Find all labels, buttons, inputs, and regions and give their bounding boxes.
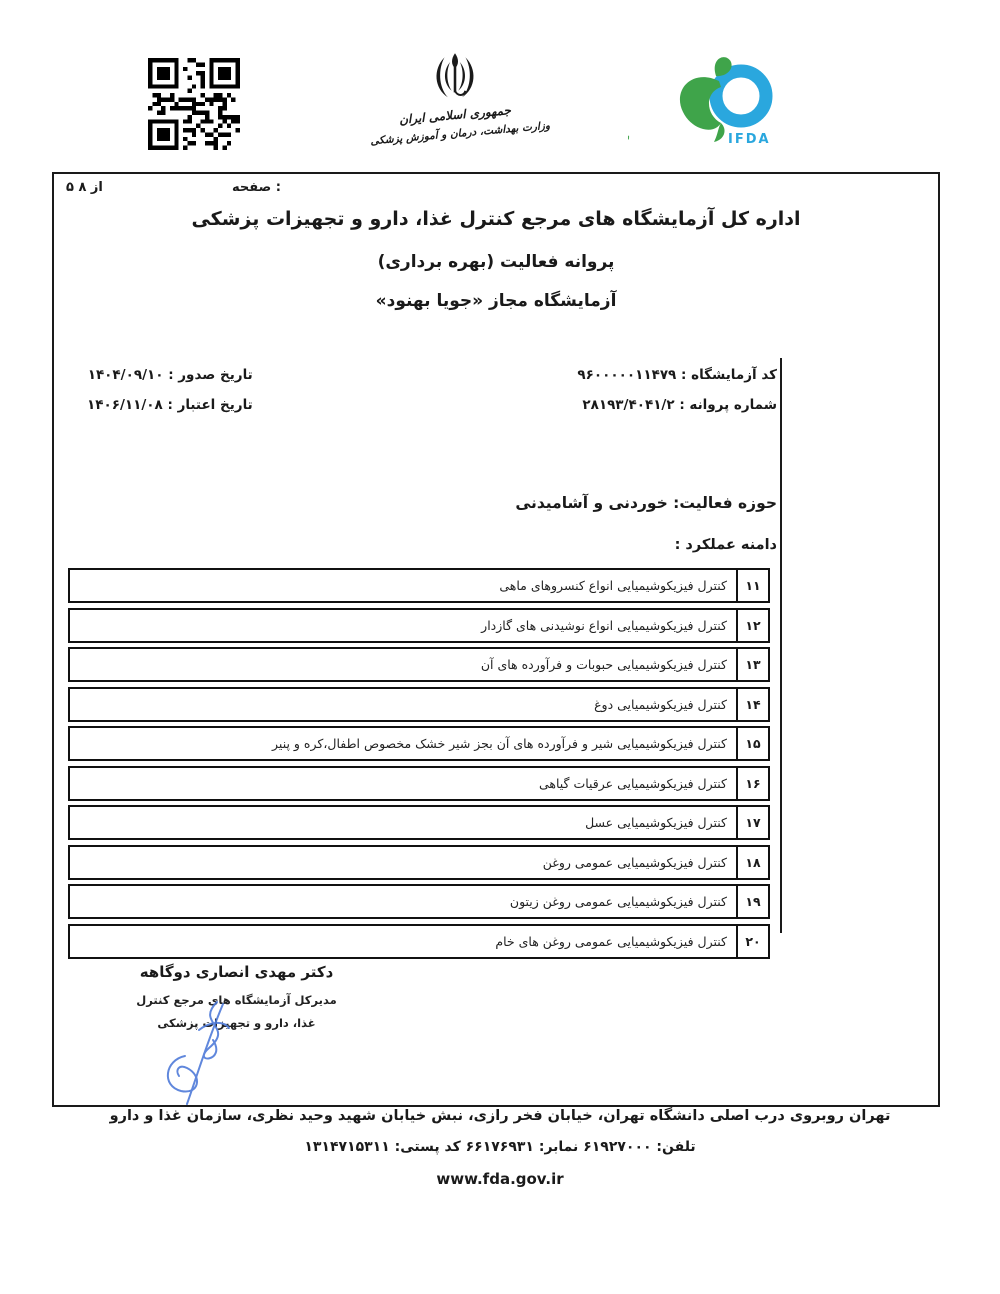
page-number-value: ۵ از ۸ [66,180,103,195]
iran-emblem-icon [423,42,487,106]
scope-row-text: کنترل فیزیکوشیمیایی عرقیات گیاهی [70,768,736,799]
license-no-label: شماره پروانه : [679,397,777,413]
scope-row-text: کنترل فیزیکوشیمیایی انواع کنسروهای ماهی [70,570,736,601]
ifda-acronym: IFDA [728,132,771,147]
scope-row-number: ۱۲ [736,610,768,641]
scope-table-row: ۱۵ کنترل فیزیکوشیمیایی شیر و فرآورده های… [68,726,770,761]
scope-table-row: ۲۰ کنترل فیزیکوشیمیایی عمومی روغن های خا… [68,924,770,959]
scope-row-number: ۱۹ [736,886,768,917]
expiry-date-label: تاریخ اعتبار : [167,397,252,413]
meta-codes-block: کد آزمایشگاه : ۹۶۰۰۰۰۰۱۱۴۷۹ شماره پروانه… [577,360,777,420]
scope-table-row: ۱۴ کنترل فیزیکوشیمیایی دوغ [68,687,770,722]
issue-date-label: تاریخ صدور : [168,367,253,383]
document-title: اداره کل آزمایشگاه های مرجع کنترل غذا، د… [54,208,938,230]
scope-row-text: کنترل فیزیکوشیمیایی حبوبات و فرآورده های… [70,649,736,680]
footer-website: www.fda.gov.ir [0,1170,1000,1188]
scope-row-text: کنترل فیزیکوشیمیایی دوغ [70,689,736,720]
scope-row-number: ۱۶ [736,768,768,799]
scope-table-row: ۱۳ کنترل فیزیکوشیمیایی حبوبات و فرآورده … [68,647,770,682]
scope-row-text: کنترل فیزیکوشیمیایی انواع نوشیدنی های گا… [70,610,736,641]
scope-table-row: ۱۹ کنترل فیزیکوشیمیایی عمومی روغن زیتون [68,884,770,919]
ifda-apple-icon [680,57,732,142]
issue-date-value: ۱۴۰۴/۰۹/۱۰ [88,367,164,383]
scope-row-number: ۱۱ [736,570,768,601]
scope-table-row: ۱۲ کنترل فیزیکوشیمیایی انواع نوشیدنی های… [68,608,770,643]
scope-heading: دامنه عملکرد : [675,537,777,553]
footer-address: تهران روبروی درب اصلی دانشگاه تهران، خیا… [0,1108,1000,1124]
ifda-ring-icon [716,71,766,121]
scope-row-text: کنترل فیزیکوشیمیایی عمومی روغن [70,847,736,878]
signatory-name: دکتر مهدی انصاری دوگاهه [104,963,369,981]
section-vertical-rule [780,358,782,933]
signature-ink-icon [139,996,289,1111]
scope-row-number: ۲۰ [736,926,768,957]
expiry-date-value: ۱۴۰۶/۱۱/۰۸ [87,397,163,413]
scope-table-row: ۱۸ کنترل فیزیکوشیمیایی عمومی روغن [68,845,770,880]
ifda-logo: IFDA سازمان غذا و دارو [628,50,798,150]
qr-code-icon [148,58,240,150]
license-type-title: پروانه فعالیت (بهره برداری) [54,252,938,272]
footer-contact: تلفن: ۶۱۹۲۷۰۰۰ نمابر: ۶۶۱۷۶۹۳۱ کد پستی: … [0,1139,1000,1155]
scope-row-text: کنترل فیزیکوشیمیایی عمومی روغن های خام [70,926,736,957]
scope-table-row: ۱۱ کنترل فیزیکوشیمیایی انواع کنسروهای ما… [68,568,770,603]
lab-code-value: ۹۶۰۰۰۰۰۱۱۴۷۹ [577,367,676,383]
scope-table-row: ۱۶ کنترل فیزیکوشیمیایی عرقیات گیاهی [68,766,770,801]
license-no-row: شماره پروانه : ۲۸۱۹۳/۴۰۴۱/۲ [577,390,777,420]
laboratory-name-title: آزمایشگاه مجاز «جویا بهنود» [54,291,938,311]
lab-code-row: کد آزمایشگاه : ۹۶۰۰۰۰۰۱۱۴۷۹ [577,360,777,390]
scope-row-number: ۱۸ [736,847,768,878]
scope-row-number: ۱۴ [736,689,768,720]
issue-date-row: تاریخ صدور : ۱۴۰۴/۰۹/۱۰ [87,360,253,390]
ministry-emblem: جمهوری اسلامی ایران وزارت بهداشت، درمان … [370,42,540,170]
scope-row-number: ۱۳ [736,649,768,680]
page-number-label: صفحه : [232,180,281,195]
scope-table-row: ۱۷ کنترل فیزیکوشیمیایی عسل [68,805,770,840]
scope-row-text: کنترل فیزیکوشیمیایی عسل [70,807,736,838]
scope-row-number: ۱۵ [736,728,768,759]
scope-row-text: کنترل فیزیکوشیمیایی شیر و فرآورده های آن… [70,728,736,759]
expiry-date-row: تاریخ اعتبار : ۱۴۰۶/۱۱/۰۸ [87,390,253,420]
meta-dates-block: تاریخ صدور : ۱۴۰۴/۰۹/۱۰ تاریخ اعتبار : ۱… [87,360,253,420]
activity-field-heading: حوزه فعالیت: خوردنی و آشامیدنی [515,494,777,512]
ifda-fa-name: سازمان غذا و دارو [628,130,630,143]
scope-row-number: ۱۷ [736,807,768,838]
lab-code-label: کد آزمایشگاه : [681,367,777,383]
license-no-value: ۲۸۱۹۳/۴۰۴۱/۲ [582,397,674,413]
scope-table: ۱۱ کنترل فیزیکوشیمیایی انواع کنسروهای ما… [68,568,770,963]
scope-row-text: کنترل فیزیکوشیمیایی عمومی روغن زیتون [70,886,736,917]
document-frame: صفحه : ۵ از ۸ اداره کل آزمایشگاه های مرج… [52,172,940,1107]
